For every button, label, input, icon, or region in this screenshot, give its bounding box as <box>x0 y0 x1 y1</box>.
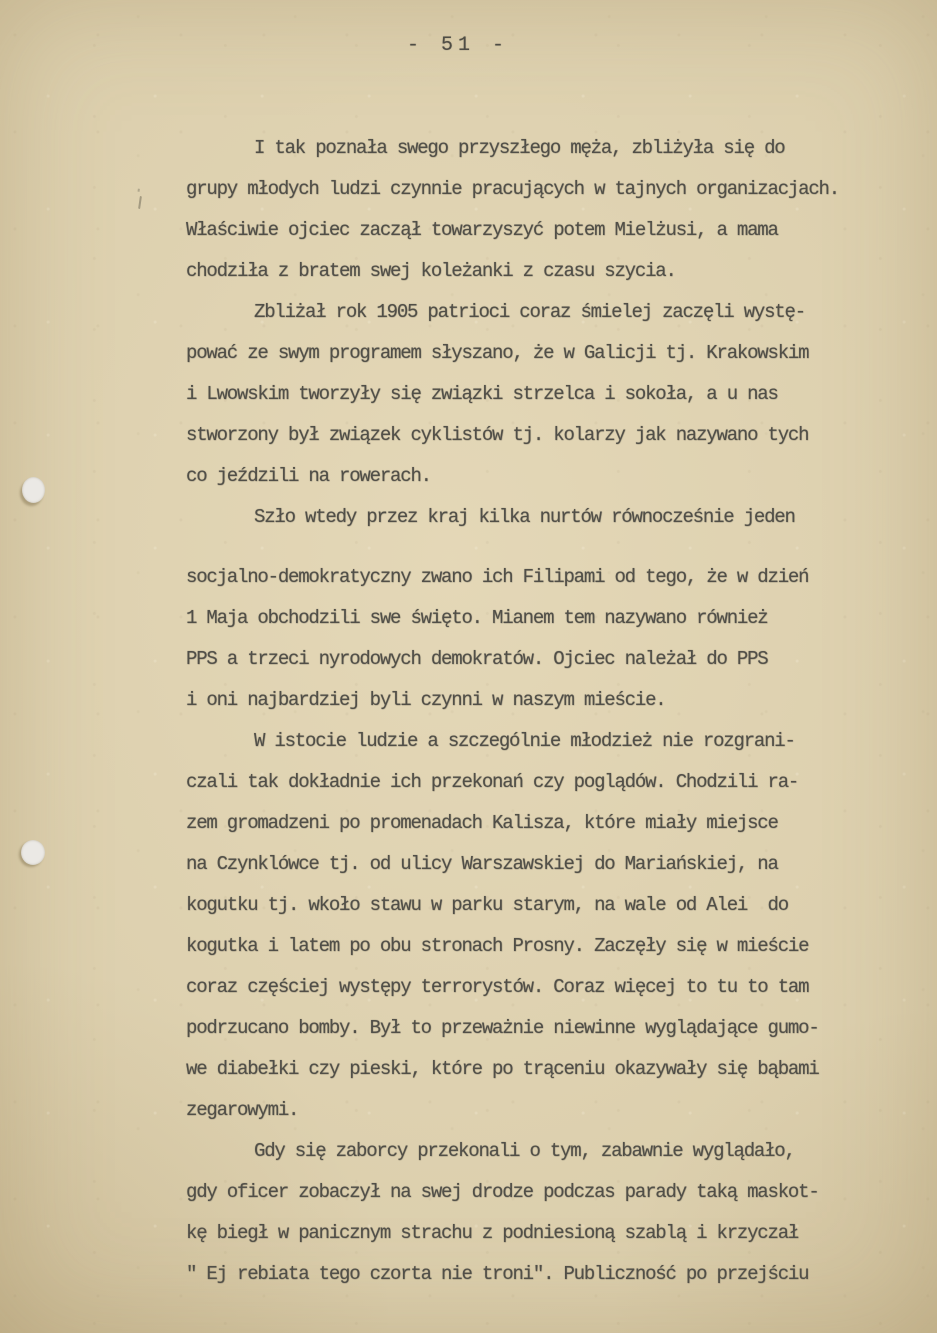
text-line: I tak poznała swego przyszłego męża, zbl… <box>186 128 876 169</box>
text-line: PPS a trzeci nyrodowych demokratów. Ojci… <box>186 639 876 680</box>
text-line: Szło wtedy przez kraj kilka nurtów równo… <box>186 497 876 538</box>
text-line: " Ej rebiata tego czorta nie troni". Pub… <box>186 1254 876 1295</box>
paragraph-4: W istocie ludzie a szczególnie młodzież … <box>186 721 876 1131</box>
text-line: coraz częściej występy terrorystów. Cora… <box>186 967 876 1008</box>
text-line: kogutku tj. wkoło stawu w parku starym, … <box>186 885 876 926</box>
text-line: we diabełki czy pieski, które po trąceni… <box>186 1049 876 1090</box>
text-line: grupy młodych ludzi czynnie pracujących … <box>186 169 876 210</box>
text-line: Gdy się zaborcy przekonali o tym, zabawn… <box>186 1131 876 1172</box>
text-line: i Lwowskim tworzyły się związki strzelca… <box>186 374 876 415</box>
text-line: podrzucano bomby. Był to przeważnie niew… <box>186 1008 876 1049</box>
text-line: co jeździli na rowerach. <box>186 456 876 497</box>
text-line: pować ze swym programem słyszano, że w G… <box>186 333 876 374</box>
text-line: W istocie ludzie a szczególnie młodzież … <box>186 721 876 762</box>
paragraph-1: I tak poznała swego przyszłego męża, zbl… <box>186 128 876 292</box>
text-line: czali tak dokładnie ich przekonań czy po… <box>186 762 876 803</box>
text-line: Właściwie ojciec zaczął towarzyszyć pote… <box>186 210 876 251</box>
text-line: kę biegł w panicznym strachu z podniesio… <box>186 1213 876 1254</box>
typewritten-text: I tak poznała swego przyszłego męża, zbl… <box>186 128 876 1295</box>
paragraph-5: Gdy się zaborcy przekonali o tym, zabawn… <box>186 1131 876 1295</box>
page-number: - 51 - <box>188 34 728 57</box>
text-line: chodziła z bratem swej koleżanki z czasu… <box>186 251 876 292</box>
text-line: i oni najbardziej byli czynni w naszym m… <box>186 680 876 721</box>
text-line: zegarowymi. <box>186 1090 876 1131</box>
hole-punch-top <box>22 477 45 503</box>
text-line: stworzony był związek cyklistów tj. kola… <box>186 415 876 456</box>
paragraph-2: Zbliżał rok 1905 patrioci coraz śmielej … <box>186 292 876 497</box>
paragraph-3: Szło wtedy przez kraj kilka nurtów równo… <box>186 497 876 721</box>
text-line: Zbliżał rok 1905 patrioci coraz śmielej … <box>186 292 876 333</box>
document-page: - 51 - I tak poznała swego przyszłego mę… <box>0 0 937 1333</box>
text-line: zem gromadzeni po promenadach Kalisza, k… <box>186 803 876 844</box>
hole-punch-bottom <box>21 840 45 865</box>
stray-ink-mark <box>138 196 142 209</box>
text-line: kogutka i latem po obu stronach Prosny. … <box>186 926 876 967</box>
text-line: na Czynklówce tj. od ulicy Warszawskiej … <box>186 844 876 885</box>
text-line: socjalno-demokratyczny zwano ich Filipam… <box>186 557 876 598</box>
text-line: 1 Maja obchodzili swe święto. Mianem tem… <box>186 598 876 639</box>
text-line: gdy oficer zobaczył na swej drodze podcz… <box>186 1172 876 1213</box>
